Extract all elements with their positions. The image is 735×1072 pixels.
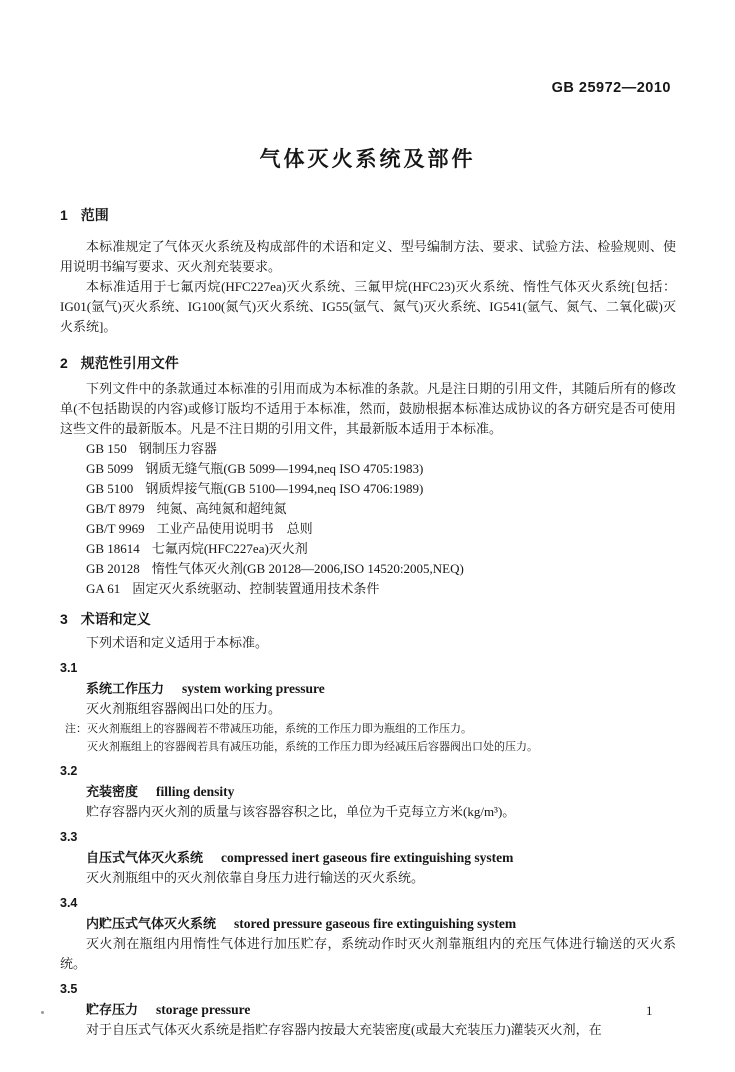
term-number: 3.3 bbox=[60, 826, 676, 848]
section-1-number: 1 bbox=[60, 205, 68, 225]
reference-item: GB 5100钢质焊接气瓶(GB 5100—1994,neq ISO 4706:… bbox=[60, 479, 676, 499]
term-3-2: 3.2 充装密度filling density 贮存容器内灭火剂的质量与该容器容… bbox=[60, 760, 676, 822]
reference-title: 惰性气体灭火剂(GB 20128—2006,ISO 14520:2005,NEQ… bbox=[152, 561, 464, 576]
reference-code: GB 18614 bbox=[86, 541, 140, 556]
term-definition: 灭火剂在瓶组内用惰性气体进行加压贮存，系统动作时灭火剂靠瓶组内的充压气体进行输送… bbox=[60, 934, 676, 974]
term-3-4: 3.4 内贮压式气体灭火系统stored pressure gaseous fi… bbox=[60, 892, 676, 974]
term-en: compressed inert gaseous fire extinguish… bbox=[221, 850, 513, 865]
reference-item: GB 5099钢质无缝气瓶(GB 5099—1994,neq ISO 4705:… bbox=[60, 459, 676, 479]
term-zh: 系统工作压力 bbox=[86, 681, 164, 696]
reference-title: 钢质焊接气瓶(GB 5100—1994,neq ISO 4706:1989) bbox=[145, 481, 423, 496]
term-en: filling density bbox=[156, 784, 234, 799]
normative-references-list: GB 150钢制压力容器 GB 5099钢质无缝气瓶(GB 5099—1994,… bbox=[60, 439, 676, 599]
section-3-title: 术语和定义 bbox=[81, 611, 151, 627]
reference-code: GB/T 9969 bbox=[86, 521, 145, 536]
reference-item: GB 150钢制压力容器 bbox=[60, 439, 676, 459]
term-heading: 内贮压式气体灭火系统stored pressure gaseous fire e… bbox=[60, 914, 676, 934]
page-title: 气体灭火系统及部件 bbox=[0, 143, 735, 173]
reference-code: GB 5099 bbox=[86, 461, 133, 476]
term-note-line: 注：灭火剂瓶组上的容器阀若不带减压功能，系统的工作压力即为瓶组的工作压力。 bbox=[60, 721, 676, 739]
term-heading: 自压式气体灭火系统compressed inert gaseous fire e… bbox=[60, 848, 676, 868]
reference-item: GB/T 8979纯氮、高纯氮和超纯氮 bbox=[60, 499, 676, 519]
reference-code: GB 150 bbox=[86, 441, 127, 456]
section-1-paragraph-2: 本标准适用于七氟丙烷(HFC227ea)灭火系统、三氟甲烷(HFC23)灭火系统… bbox=[60, 277, 676, 337]
term-heading: 系统工作压力system working pressure bbox=[60, 679, 676, 699]
term-definition: 对于自压式气体灭火系统是指贮存容器内按最大充装密度(或最大充装压力)灌装灭火剂，… bbox=[60, 1020, 676, 1040]
section-1-paragraph-1: 本标准规定了气体灭火系统及构成部件的术语和定义、型号编制方法、要求、试验方法、检… bbox=[60, 237, 676, 277]
reference-item: GB 20128惰性气体灭火剂(GB 20128—2006,ISO 14520:… bbox=[60, 559, 676, 579]
term-heading: 充装密度filling density bbox=[60, 782, 676, 802]
section-3-heading: 3术语和定义 bbox=[60, 609, 676, 629]
section-2-title: 规范性引用文件 bbox=[81, 355, 179, 371]
reference-title: 固定灭火系统驱动、控制装置通用技术条件 bbox=[132, 581, 379, 596]
term-3-5: 3.5 贮存压力storage pressure 对于自压式气体灭火系统是指贮存… bbox=[60, 978, 676, 1040]
reference-title: 钢制压力容器 bbox=[139, 441, 217, 456]
term-note-line: 灭火剂瓶组上的容器阀若具有减压功能，系统的工作压力即为经减压后容器阀出口处的压力… bbox=[60, 739, 676, 757]
term-zh: 贮存压力 bbox=[86, 1002, 138, 1017]
section-1-heading: 1范围 bbox=[60, 205, 676, 225]
term-number: 3.4 bbox=[60, 892, 676, 914]
reference-code: GB/T 8979 bbox=[86, 501, 145, 516]
term-definition: 灭火剂瓶组中的灭火剂依靠自身压力进行输送的灭火系统。 bbox=[60, 868, 676, 888]
term-zh: 充装密度 bbox=[86, 784, 138, 799]
section-3-number: 3 bbox=[60, 609, 68, 629]
reference-code: GA 61 bbox=[86, 581, 120, 596]
term-number: 3.2 bbox=[60, 760, 676, 782]
reference-title: 纯氮、高纯氮和超纯氮 bbox=[157, 501, 287, 516]
reference-title: 钢质无缝气瓶(GB 5099—1994,neq ISO 4705:1983) bbox=[145, 461, 423, 476]
reference-item: GB/T 9969工业产品使用说明书 总则 bbox=[60, 519, 676, 539]
term-3-1: 3.1 系统工作压力system working pressure 灭火剂瓶组容… bbox=[60, 657, 676, 756]
term-3-3: 3.3 自压式气体灭火系统compressed inert gaseous fi… bbox=[60, 826, 676, 888]
section-1-title: 范围 bbox=[81, 207, 109, 223]
reference-item: GA 61固定灭火系统驱动、控制装置通用技术条件 bbox=[60, 579, 676, 599]
term-definition: 贮存容器内灭火剂的质量与该容器容积之比，单位为千克每立方米(kg/m³)。 bbox=[60, 802, 676, 822]
section-2-number: 2 bbox=[60, 353, 68, 373]
term-number: 3.1 bbox=[60, 657, 676, 679]
reference-title: 七氟丙烷(HFC227ea)灭火剂 bbox=[152, 541, 308, 556]
document-page: GB 25972—2010 气体灭火系统及部件 1范围 本标准规定了气体灭火系统… bbox=[0, 0, 735, 1072]
term-notes: 注：灭火剂瓶组上的容器阀若不带减压功能，系统的工作压力即为瓶组的工作压力。 灭火… bbox=[60, 721, 676, 756]
doc-number: GB 25972—2010 bbox=[552, 80, 671, 96]
term-number: 3.5 bbox=[60, 978, 676, 1000]
reference-code: GB 20128 bbox=[86, 561, 140, 576]
term-zh: 内贮压式气体灭火系统 bbox=[86, 916, 216, 931]
section-2-paragraph-1: 下列文件中的条款通过本标准的引用而成为本标准的条款。凡是注日期的引用文件，其随后… bbox=[60, 379, 676, 439]
term-en: storage pressure bbox=[156, 1002, 250, 1017]
term-en: stored pressure gaseous fire extinguishi… bbox=[234, 916, 516, 931]
term-en: system working pressure bbox=[182, 681, 325, 696]
scan-artifact-speck bbox=[41, 1011, 44, 1014]
section-3-intro: 下列术语和定义适用于本标准。 bbox=[60, 633, 676, 653]
reference-item: GB 18614七氟丙烷(HFC227ea)灭火剂 bbox=[60, 539, 676, 559]
document-body: 1范围 本标准规定了气体灭火系统及构成部件的术语和定义、型号编制方法、要求、试验… bbox=[60, 205, 676, 1040]
reference-title: 工业产品使用说明书 总则 bbox=[157, 521, 313, 536]
term-heading: 贮存压力storage pressure bbox=[60, 1000, 676, 1020]
term-zh: 自压式气体灭火系统 bbox=[86, 850, 203, 865]
page-number: 1 bbox=[646, 1003, 653, 1019]
section-2-heading: 2规范性引用文件 bbox=[60, 353, 676, 373]
term-definition: 灭火剂瓶组容器阀出口处的压力。 bbox=[60, 699, 676, 719]
reference-code: GB 5100 bbox=[86, 481, 133, 496]
